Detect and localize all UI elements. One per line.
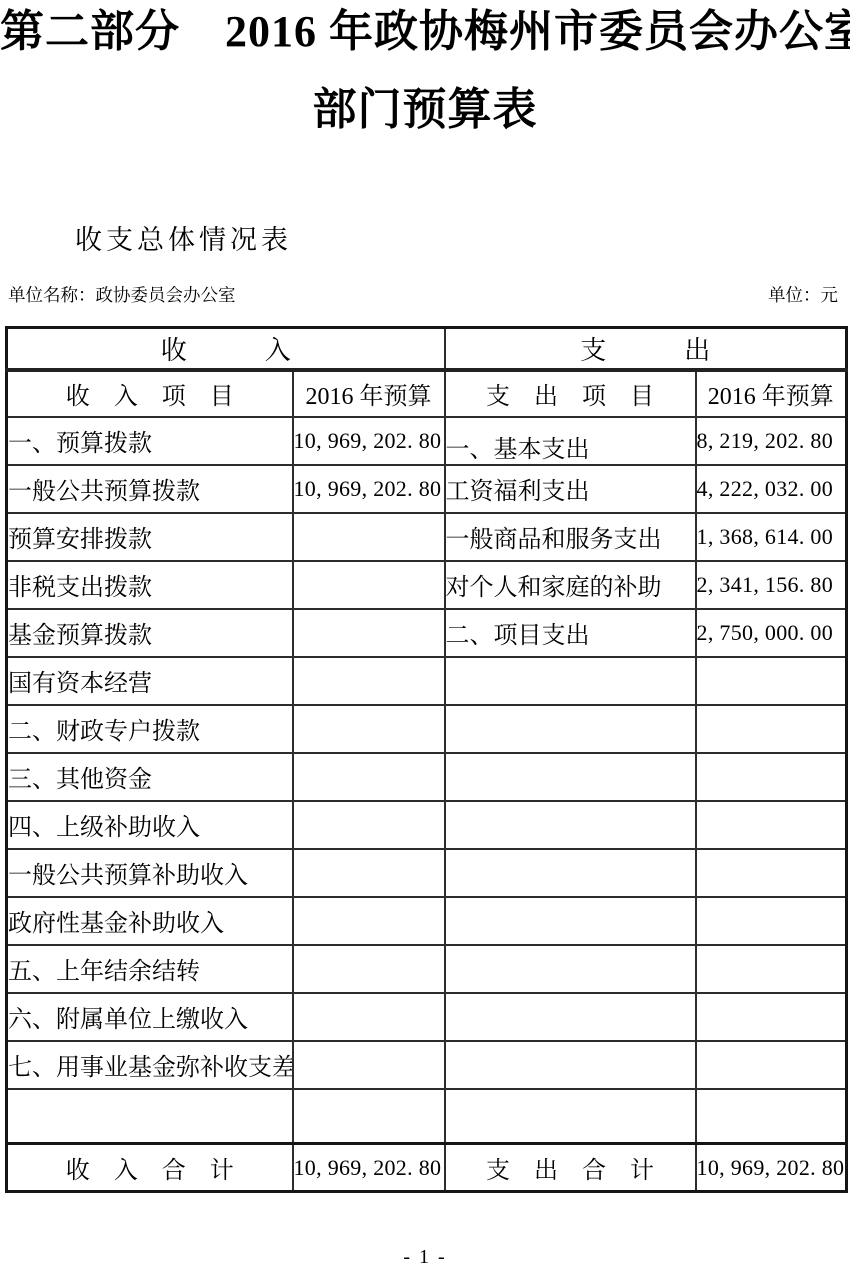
expense-value-cell: 2, 341, 156. 80 [696, 561, 847, 609]
expense-item-column-header: 支 出 项 目 [445, 370, 696, 417]
income-item-cell: 非税支出拨款 [7, 561, 293, 609]
budget-row: 预算安排拨款一般商品和服务支出1, 368, 614. 00 [7, 513, 847, 561]
expense-value-cell [696, 945, 847, 993]
unit-name-label: 单位名称： [8, 285, 96, 305]
budget-summary-table: 收 入 支 出 收 入 项 目 2016 年预算 支 出 项 目 2016 年预… [5, 326, 848, 1193]
income-item-cell: 预算安排拨款 [7, 513, 293, 561]
unit-name-value: 政协委员会办公室 [96, 285, 236, 305]
budget-row: 七、用事业基金弥补收支差额 [7, 1041, 847, 1089]
income-item-cell: 一般公共预算补助收入 [7, 849, 293, 897]
income-value-cell [293, 1089, 445, 1144]
expense-item-cell: 支 出 合 计 [445, 1144, 696, 1192]
expense-value-cell [696, 849, 847, 897]
income-value-cell [293, 1041, 445, 1089]
expense-item-cell [445, 705, 696, 753]
expense-item-cell: 对个人和家庭的补助 [445, 561, 696, 609]
budget-row: 基金预算拨款二、项目支出2, 750, 000. 00 [7, 609, 847, 657]
income-item-cell: 六、附属单位上缴收入 [7, 993, 293, 1041]
budget-row: 政府性基金补助收入 [7, 897, 847, 945]
expense-budget-column-header: 2016 年预算 [696, 370, 847, 417]
budget-row: 一般公共预算拨款10, 969, 202. 80工资福利支出4, 222, 03… [7, 465, 847, 513]
expense-item-cell [445, 801, 696, 849]
income-item-cell: 政府性基金补助收入 [7, 897, 293, 945]
expense-value-cell [696, 753, 847, 801]
document-title-line2: 部门预算表 [0, 84, 850, 136]
income-item-cell: 国有资本经营 [7, 657, 293, 705]
expense-value-cell [696, 1041, 847, 1089]
income-item-cell: 三、其他资金 [7, 753, 293, 801]
expense-item-cell: 二、项目支出 [445, 609, 696, 657]
expense-item-cell: 一般商品和服务支出 [445, 513, 696, 561]
income-value-cell [293, 849, 445, 897]
expense-value-cell: 1, 368, 614. 00 [696, 513, 847, 561]
budget-row: 三、其他资金 [7, 753, 847, 801]
column-header-row: 收 入 项 目 2016 年预算 支 出 项 目 2016 年预算 [7, 370, 847, 417]
budget-row: 一般公共预算补助收入 [7, 849, 847, 897]
expense-item-cell [445, 993, 696, 1041]
income-item-cell: 二、财政专户拨款 [7, 705, 293, 753]
income-value-cell: 10, 969, 202. 80 [293, 417, 445, 465]
income-value-cell [293, 993, 445, 1041]
income-item-cell: 四、上级补助收入 [7, 801, 293, 849]
budget-row: 非税支出拨款对个人和家庭的补助2, 341, 156. 80 [7, 561, 847, 609]
expense-item-cell [445, 1041, 696, 1089]
expense-item-cell [445, 849, 696, 897]
expense-item-cell [445, 657, 696, 705]
income-item-column-header: 收 入 项 目 [7, 370, 293, 417]
page-number: - 1 - [0, 1245, 850, 1269]
budget-row: 四、上级补助收入 [7, 801, 847, 849]
budget-table-head: 收 入 支 出 收 入 项 目 2016 年预算 支 出 项 目 2016 年预… [7, 328, 847, 417]
budget-row: 五、上年结余结转 [7, 945, 847, 993]
income-value-cell: 10, 969, 202. 80 [293, 1144, 445, 1192]
income-value-cell [293, 657, 445, 705]
total-row: 收 入 合 计10, 969, 202. 80支 出 合 计10, 969, 2… [7, 1144, 847, 1192]
income-item-cell: 一、预算拨款 [7, 417, 293, 465]
expense-value-cell [696, 801, 847, 849]
income-item-cell: 一般公共预算拨款 [7, 465, 293, 513]
expense-value-cell: 10, 969, 202. 80 [696, 1144, 847, 1192]
income-value-cell: 10, 969, 202. 80 [293, 465, 445, 513]
expense-item-cell [445, 753, 696, 801]
budget-table-body: 一、预算拨款10, 969, 202. 80一、基本支出8, 219, 202.… [7, 417, 847, 1192]
document-page: 第二部分 2016 年政协梅州市委员会办公室 部门预算表 收支总体情况表 单位名… [0, 0, 850, 1282]
budget-row: 国有资本经营 [7, 657, 847, 705]
expense-value-cell [696, 1089, 847, 1144]
expense-item-cell: 工资福利支出 [445, 465, 696, 513]
expense-item-cell: 一、基本支出 [445, 417, 696, 465]
expense-value-cell [696, 897, 847, 945]
expense-item-cell [445, 1089, 696, 1144]
section-header-row: 收 入 支 出 [7, 328, 847, 370]
income-value-cell [293, 945, 445, 993]
budget-row [7, 1089, 847, 1144]
expense-item-cell [445, 945, 696, 993]
income-item-cell: 收 入 合 计 [7, 1144, 293, 1192]
budget-row: 二、财政专户拨款 [7, 705, 847, 753]
budget-row: 六、附属单位上缴收入 [7, 993, 847, 1041]
unit-name: 单位名称：政协委员会办公室 [8, 284, 236, 306]
income-value-cell [293, 801, 445, 849]
income-section-header: 收 入 [7, 328, 445, 370]
income-value-cell [293, 561, 445, 609]
income-item-cell: 七、用事业基金弥补收支差额 [7, 1041, 293, 1089]
income-budget-column-header: 2016 年预算 [293, 370, 445, 417]
income-item-cell: 五、上年结余结转 [7, 945, 293, 993]
income-item-cell [7, 1089, 293, 1144]
unit-info-row: 单位名称：政协委员会办公室 单位：元 [8, 284, 838, 306]
expense-value-cell [696, 993, 847, 1041]
income-value-cell [293, 513, 445, 561]
expense-item-cell [445, 897, 696, 945]
currency-unit-label: 单位：元 [768, 284, 838, 306]
document-title-line1: 第二部分 2016 年政协梅州市委员会办公室 [0, 6, 850, 58]
expense-value-cell: 2, 750, 000. 00 [696, 609, 847, 657]
expense-section-header: 支 出 [445, 328, 847, 370]
expense-value-cell: 4, 222, 032. 00 [696, 465, 847, 513]
income-value-cell [293, 897, 445, 945]
table-subtitle: 收支总体情况表 [75, 224, 850, 256]
income-value-cell [293, 705, 445, 753]
income-item-cell: 基金预算拨款 [7, 609, 293, 657]
expense-value-cell [696, 657, 847, 705]
income-value-cell [293, 753, 445, 801]
income-value-cell [293, 609, 445, 657]
expense-value-cell: 8, 219, 202. 80 [696, 417, 847, 465]
budget-row: 一、预算拨款10, 969, 202. 80一、基本支出8, 219, 202.… [7, 417, 847, 465]
expense-value-cell [696, 705, 847, 753]
